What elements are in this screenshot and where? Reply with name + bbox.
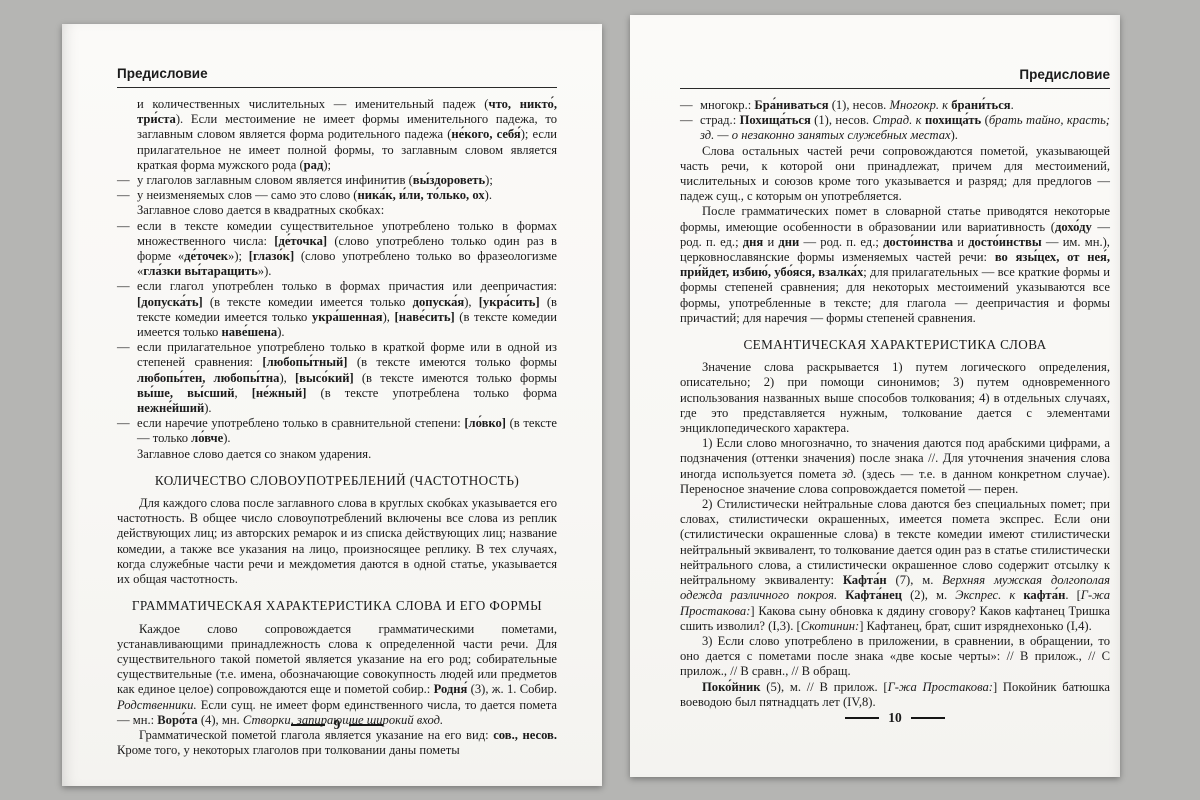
text: и (763, 235, 778, 249)
list-dash-marker: — (680, 98, 700, 113)
text: ), (383, 310, 395, 324)
bold-text: укра́шенная (312, 310, 383, 324)
text: страд.: (700, 113, 740, 127)
list-item-text: у глаголов заглавным словом является инф… (137, 173, 557, 188)
bold-text: Кафта́н (843, 573, 887, 587)
bold-text: дня (743, 235, 763, 249)
bold-text: похища́ть (925, 113, 981, 127)
text: многокр.: (700, 98, 754, 112)
text: (1), несов. (829, 98, 890, 112)
paragraph: 2) Стилистически нейтральные слова даютс… (680, 497, 1110, 634)
bold-text: [допуска́ть] (137, 295, 203, 309)
text: ). (951, 128, 958, 142)
bold-text: гла́зки вы́таращить (143, 264, 257, 278)
list-dash-marker: — (117, 340, 137, 416)
text: (в тексте имеются только формы (354, 371, 557, 385)
section-heading: КОЛИЧЕСТВО СЛОВОУПОТРЕБЛЕНИЙ (ЧАСТОТНОСТ… (117, 473, 557, 488)
bold-text: де́точек (184, 249, 228, 263)
bold-text: досто́инствы (968, 235, 1042, 249)
bold-text: вы́ше, вы́сший (137, 386, 234, 400)
bold-text: вы́здороветь (413, 173, 485, 187)
page-number-rule (291, 724, 325, 726)
list-item-text: у неизменяемых слов — само это слово (ни… (137, 188, 557, 203)
text: ); (485, 173, 493, 187)
bold-text: ника́к, и́ли, то́лько, ох (357, 188, 484, 202)
text: ). (277, 325, 284, 339)
bold-text: [ло́вко] (464, 416, 506, 430)
paragraph: Значение слова раскрывается 1) путем лог… (680, 360, 1110, 436)
text: (в тексте употреблена только форма (306, 386, 557, 400)
text: если глагол употреблен только в формах п… (137, 279, 557, 293)
text: (7), м. (887, 573, 943, 587)
text: (3), ж. 1. Собир. (467, 682, 557, 696)
bold-text: ло́вче (191, 431, 223, 445)
list-item-text: если наречие употреблено только в сравни… (137, 416, 557, 446)
text: Для каждого слова после заглавного слова… (117, 496, 557, 586)
text: (2), м. (902, 588, 955, 602)
page-number-rule (911, 717, 945, 719)
page-number-block-right: 10 (630, 711, 1120, 725)
text: (в тексте имеются только формы (348, 355, 558, 369)
bold-text: дохо́ду (1055, 220, 1092, 234)
paragraph: 3) Если слово употреблено в приложении, … (680, 634, 1110, 680)
text: у глаголов заглавным словом является инф… (137, 173, 413, 187)
paragraph: 1) Если слово многозначно, то значения д… (680, 436, 1110, 497)
bold-text: кафта́н (1023, 588, 1065, 602)
paragraph: Грамматической пометой глагола является … (117, 728, 557, 758)
bold-text: [не́жный] (252, 386, 307, 400)
list-item: —если наречие употреблено только в сравн… (117, 416, 557, 446)
bold-text: [любопы́тный] (262, 355, 347, 369)
text: ). (204, 401, 211, 415)
section-heading: СЕМАНТИЧЕСКАЯ ХАРАКТЕРИСТИКА СЛОВА (680, 337, 1110, 352)
list-item: —у неизменяемых слов — само это слово (н… (117, 188, 557, 203)
list-dash-marker: — (117, 173, 137, 188)
text: и (953, 235, 968, 249)
text: »); (228, 249, 249, 263)
text: у неизменяемых слов — само это слово ( (137, 188, 357, 202)
page-number: 10 (888, 711, 902, 725)
text: ] Кафтанец, брат, сшит изряднехонько (I,… (859, 619, 1092, 633)
paragraph: Для каждого слова после заглавного слова… (117, 496, 557, 587)
page-number-rule (845, 717, 879, 719)
page-number-rule (349, 724, 383, 726)
text: Слова остальных частей речи сопровождают… (680, 144, 1110, 204)
list-dash-marker: — (117, 219, 137, 280)
running-head-left: Предисловие (117, 66, 557, 88)
bold-text: [наве́сить] (395, 310, 455, 324)
left-page-body: и количественных числительных — именител… (117, 97, 557, 758)
text: ); (323, 158, 331, 172)
bold-text: [де́точка] (274, 234, 327, 248)
text: , (234, 386, 251, 400)
text: — род. п. ед.; (799, 235, 883, 249)
paragraph: Поко́йник (5), м. // В прилож. [Г-жа Про… (680, 680, 1110, 710)
text: Значение слова раскрывается 1) путем лог… (680, 360, 1110, 435)
bold-text: нежне́йший (137, 401, 204, 415)
bold-text: [глазо́к] (249, 249, 294, 263)
bold-text: [укра́сить] (479, 295, 540, 309)
left-page: Предисловие и количественных числительны… (62, 24, 602, 786)
bold-text: любопы́тен, любопы́тна (137, 371, 279, 385)
right-page-body: —многокр.: Бра́ниваться (1), несов. Мног… (680, 98, 1110, 710)
bold-text: наве́шена (222, 325, 278, 339)
list-item-text: если прилагательное употреблено только в… (137, 340, 557, 416)
text: ), (464, 295, 479, 309)
list-item-text: многокр.: Бра́ниваться (1), несов. Много… (700, 98, 1110, 113)
italic-text: Страд. к (872, 113, 921, 127)
bold-text: допуска́я (413, 295, 465, 309)
text: (1), несов. (811, 113, 873, 127)
bold-text: рад (304, 158, 324, 172)
running-head-right: Предисловие (680, 67, 1110, 89)
text: ). (485, 188, 492, 202)
running-head-title: Предисловие (117, 66, 208, 81)
list-item-text: если в тексте комедии существительное уп… (137, 219, 557, 280)
italic-text: зд. (842, 467, 856, 481)
list-item: —многокр.: Бра́ниваться (1), несов. Мног… (680, 98, 1110, 113)
text: 3) Если слово употреблено в приложении, … (680, 634, 1110, 678)
paragraph: Слова остальных частей речи сопровождают… (680, 144, 1110, 205)
section-heading: ГРАММАТИЧЕСКАЯ ХАРАКТЕРИСТИКА СЛОВА И ЕГ… (117, 598, 557, 613)
list-item: —у глаголов заглавным словом является ин… (117, 173, 557, 188)
text: (5), м. // В прилож. [ (761, 680, 888, 694)
running-head-title: Предисловие (1019, 67, 1110, 82)
bold-text: Кафта́нец (845, 588, 902, 602)
paragraph: Каждое слово сопровождается грамматическ… (117, 622, 557, 728)
page-number: 9 (334, 718, 341, 732)
bold-text: Родня́ (434, 682, 468, 696)
text: Заглавное слово дается со знаком ударени… (137, 447, 371, 461)
list-item: —если глагол употреблен только в формах … (117, 279, 557, 340)
bold-text: [высо́кий] (295, 371, 354, 385)
italic-text: Многокр. к (889, 98, 948, 112)
page-number-block-left: 9 (62, 718, 602, 732)
paragraph: После грамматических помет в словарной с… (680, 204, 1110, 326)
list-dash-marker: — (117, 279, 137, 340)
bold-text: дни (778, 235, 799, 249)
italic-text: Экспрес. к (955, 588, 1015, 602)
text: . (1011, 98, 1014, 112)
right-page: Предисловие —многокр.: Бра́ниваться (1),… (630, 15, 1120, 777)
italic-text: Родственники. (117, 698, 197, 712)
text: ). (223, 431, 230, 445)
bold-text: Бра́ниваться (754, 98, 828, 112)
text: После грамматических помет в словарной с… (680, 204, 1110, 233)
text: (в тексте комедии имеется только (203, 295, 413, 309)
text: ), (279, 371, 295, 385)
italic-text: Скотинин: (801, 619, 860, 633)
list-dash-marker: — (117, 188, 137, 203)
bold-text: три́ста (137, 112, 176, 126)
text: »). (258, 264, 272, 278)
text: . [ (1065, 588, 1080, 602)
bold-text: досто́инства (883, 235, 953, 249)
bold-text: Похища́ться (740, 113, 811, 127)
list-item: —если прилагательное употреблено только … (117, 340, 557, 416)
text: Заглавное слово дается в квадратных скоб… (137, 203, 384, 217)
list-item-text: если глагол употреблен только в формах п… (137, 279, 557, 340)
text: и количественных числительных — именител… (137, 97, 489, 111)
list-item: —страд.: Похища́ться (1), несов. Страд. … (680, 113, 1110, 143)
bold-text: себя́ (497, 127, 521, 141)
list-item-text: страд.: Похища́ться (1), несов. Страд. к… (700, 113, 1110, 143)
list-item: —если в тексте комедии существительное у… (117, 219, 557, 280)
hanging-paragraph: Заглавное слово дается со знаком ударени… (137, 447, 557, 462)
hanging-paragraph: Заглавное слово дается в квадратных скоб… (137, 203, 557, 218)
bold-text: что, никто́, (489, 97, 558, 111)
book-spread: Предисловие и количественных числительны… (0, 0, 1200, 800)
text: если наречие употреблено только в сравни… (137, 416, 464, 430)
text: Кроме того, у некоторых глаголов при тол… (117, 743, 460, 757)
bold-text: не́кого, (451, 127, 492, 141)
text: ( (981, 113, 989, 127)
italic-text: Г-жа Простакова: (888, 680, 993, 694)
hanging-paragraph: и количественных числительных — именител… (137, 97, 557, 173)
bold-text: брани́ться (951, 98, 1010, 112)
bold-text: Поко́йник (702, 680, 761, 694)
list-dash-marker: — (680, 113, 700, 143)
list-dash-marker: — (117, 416, 137, 446)
